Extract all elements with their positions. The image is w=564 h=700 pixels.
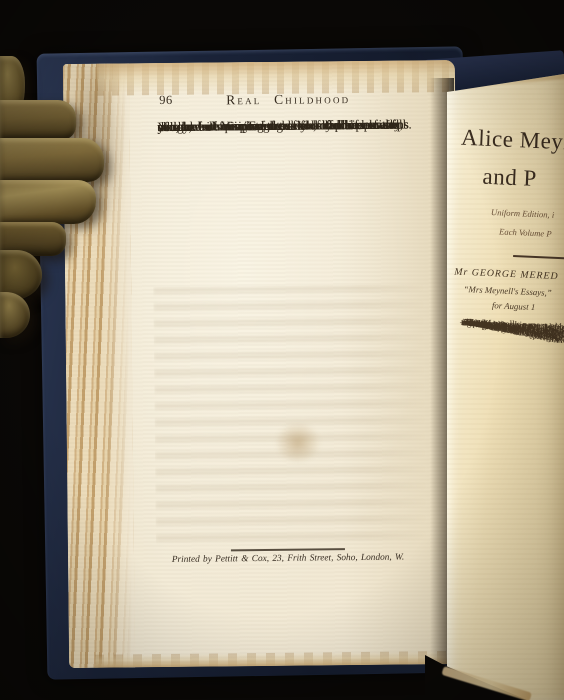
clamp-finger: [0, 100, 76, 140]
edition-line-1: Uniform Edition, i: [491, 207, 555, 220]
left-page: 96 Real Childhood abroad with a scorn to…: [63, 60, 461, 668]
running-header-row: 96 Real Childhood: [157, 90, 419, 111]
running-header: Real Childhood: [226, 91, 350, 108]
clamp-finger: [0, 138, 104, 182]
edition-line-2: Each Volume P: [499, 226, 552, 238]
advert-title-line-2: and P: [482, 164, 537, 192]
clamp-knob: [0, 292, 30, 338]
foxing-stain: [275, 421, 321, 463]
clamp-finger: [0, 180, 96, 224]
review-date: for August 1: [492, 300, 536, 312]
advert-title-line-1: Alice Meyn: [461, 125, 564, 156]
right-page: Alice Meyn and P Uniform Edition, i Each…: [447, 74, 564, 700]
book-photo: 96 Real Childhood abroad with a scorn to…: [0, 0, 564, 700]
page-number: 96: [159, 93, 173, 108]
right-page-heading: Alice Meyn and P Uniform Edition, i Each…: [437, 74, 564, 322]
text-line: you love some places too keenly for peac…: [157, 117, 388, 136]
review-attribution: Mr GEORGE MERED: [454, 267, 559, 283]
review-source: “Mrs Meynell's Essays,”: [463, 284, 551, 298]
brass-clamp: [0, 52, 120, 352]
showthrough-ghost-text: [153, 284, 428, 549]
divider-rule: [513, 255, 564, 260]
